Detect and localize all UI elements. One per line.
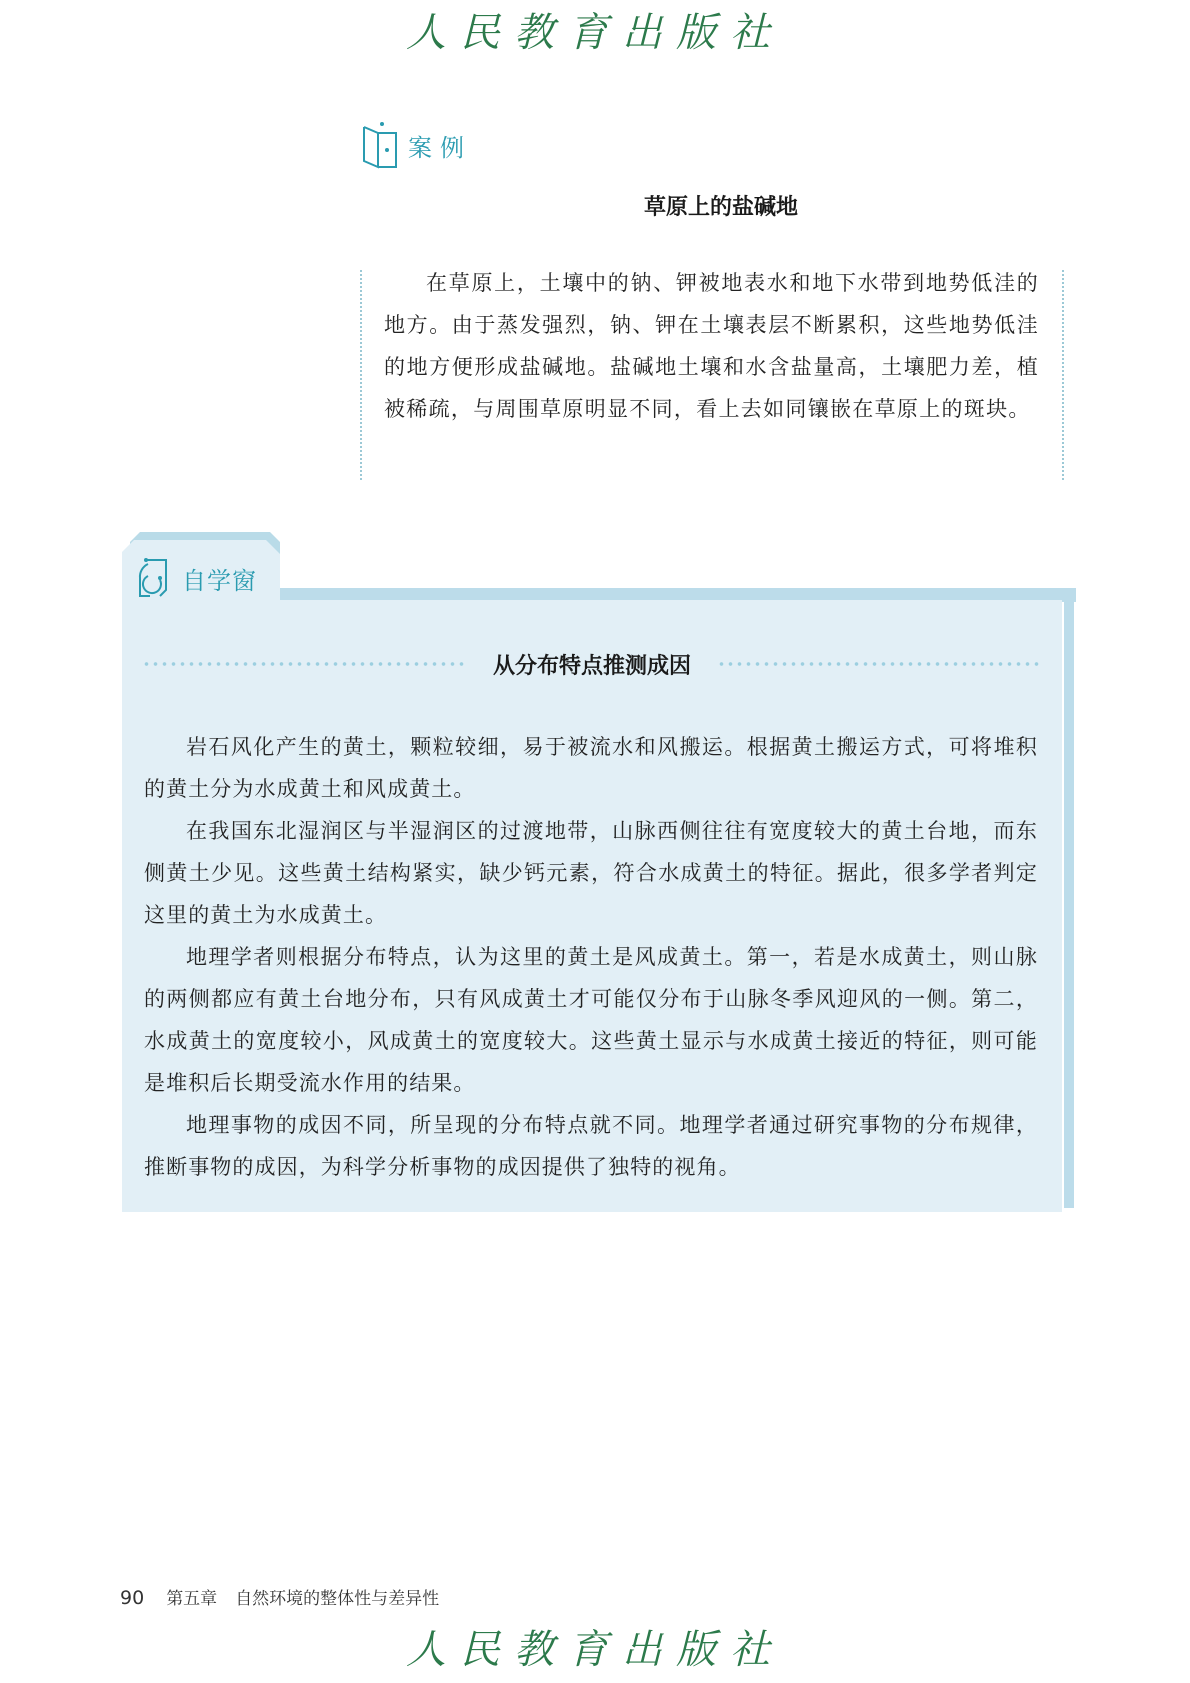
page-number: 90	[120, 1587, 144, 1609]
case-label: 案例	[408, 128, 472, 163]
dotted-divider-left	[142, 662, 467, 666]
paragraph: 在我国东北湿润区与半湿润区的过渡地带，山脉西侧往往有宽度较大的黄土台地，而东侧黄…	[144, 810, 1038, 936]
case-body-text: 在草原上，土壤中的钠、钾被地表水和地下水带到地势低洼的地方。由于蒸发强烈，钠、钾…	[384, 262, 1039, 430]
publisher-logo-bottom: 人民教育出版社	[0, 1625, 1190, 1675]
paragraph: 岩石风化产生的黄土，颗粒较细，易于被流水和风搬运。根据黄土搬运方式，可将堆积的黄…	[144, 726, 1038, 810]
publisher-logo-top: 人民教育出版社	[0, 8, 1190, 58]
self-study-gap	[281, 530, 1076, 588]
chapter-label: 第五章	[166, 1584, 217, 1609]
paragraph: 地理事物的成因不同，所呈现的分布特点就不同。地理学者通过研究事物的分布规律，推断…	[144, 1104, 1038, 1188]
case-title: 草原上的盐碱地	[360, 190, 1072, 221]
dotted-divider-right	[717, 662, 1042, 666]
self-study-title-row: 从分布特点推测成因	[142, 648, 1042, 680]
open-book-icon	[360, 121, 400, 169]
self-study-body: 岩石风化产生的黄土，颗粒较细，易于被流水和风搬运。根据黄土搬运方式，可将堆积的黄…	[144, 726, 1038, 1188]
paragraph: 地理学者则根据分布特点，认为这里的黄土是风成黄土。第一，若是水成黄土，则山脉的两…	[144, 936, 1038, 1104]
self-study-right-border	[1064, 588, 1074, 1208]
self-study-tab-content: 自学窗	[136, 556, 257, 600]
self-study-label: 自学窗	[182, 561, 257, 596]
head-circuit-icon	[136, 556, 174, 600]
self-study-title: 从分布特点推测成因	[493, 649, 691, 680]
page-footer: 90 第五章 自然环境的整体性与差异性	[120, 1584, 439, 1609]
chapter-title: 自然环境的整体性与差异性	[235, 1584, 439, 1609]
case-header: 案例	[360, 120, 472, 170]
